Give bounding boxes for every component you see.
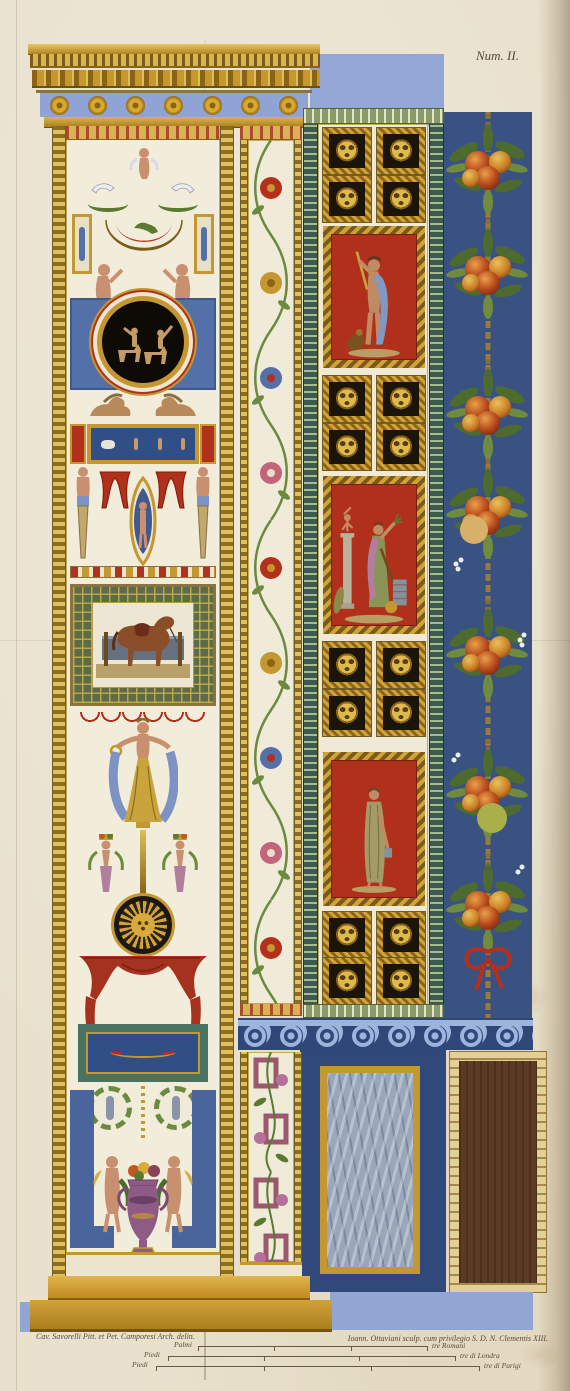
mask-tile — [323, 128, 371, 174]
tiny-figure-icon — [134, 438, 138, 450]
mask-tile — [377, 176, 425, 222]
fold-crease-left — [16, 0, 17, 1391]
tiny-figure-icon — [181, 438, 185, 450]
engraving-plate-loggia-pilaster: Num. II. — [0, 0, 570, 1391]
laurel-border-strip-left — [303, 108, 318, 1016]
mask-tile — [323, 690, 371, 736]
scroll-band-border-right — [294, 126, 302, 1016]
pilaster-border-right — [220, 126, 234, 1278]
pompeian-panel-priestess — [323, 476, 425, 634]
mask-tile — [377, 958, 425, 1004]
compartment-column-bottom-border — [303, 1004, 444, 1018]
scroll-band-bottom-strip — [240, 1004, 302, 1016]
tablet-scroll-end — [200, 424, 216, 464]
priestess-figure — [331, 484, 417, 626]
candelabrum — [140, 830, 146, 894]
rosette-icon — [50, 96, 69, 115]
dove-icon — [90, 180, 116, 196]
scale-label: Piedi — [144, 1350, 160, 1359]
scale-unit: tre Romani — [432, 1341, 465, 1350]
scale-unit: tre di Parigi — [484, 1361, 521, 1370]
cornice-top — [28, 44, 320, 54]
scroll-band-top-strip — [240, 126, 302, 140]
saddled-horse — [96, 606, 190, 684]
mask-tile — [377, 690, 425, 736]
rosette-icon — [164, 96, 183, 115]
mask-tile — [377, 912, 425, 958]
plate-number: Num. II. — [476, 48, 556, 64]
jupiter-figure — [331, 234, 417, 360]
mask-tile — [323, 642, 371, 688]
draped-figure — [331, 760, 417, 898]
vitruvian-wave-band — [238, 1018, 533, 1050]
trellis-band-border-left — [240, 1052, 248, 1262]
porphyry-panel-frame — [450, 1052, 546, 1292]
scale-bar-palmi — [198, 1346, 428, 1351]
porphyry-panel — [459, 1061, 537, 1283]
centaur-figures — [110, 312, 176, 374]
rosette-icon — [241, 96, 260, 115]
cornice-dentils — [30, 54, 320, 68]
blue-spandrel — [192, 1090, 216, 1248]
rosette-icon — [203, 96, 222, 115]
marble-panel — [320, 1066, 420, 1274]
scale-label: Palmi — [174, 1340, 192, 1349]
mask-tile — [377, 642, 425, 688]
rosette-icon — [126, 96, 145, 115]
rosette-icon — [279, 96, 298, 115]
harpy-figure — [162, 834, 198, 896]
sphinx-figure — [152, 388, 202, 422]
tiny-figure-icon — [158, 438, 162, 450]
mask-tile — [323, 176, 371, 222]
plinth-upper-step — [48, 1276, 310, 1300]
mask-tile — [377, 128, 425, 174]
floral-scroll-pattern — [248, 140, 294, 1004]
harpy-figure — [88, 834, 124, 896]
pilaster-top-garland — [66, 126, 220, 140]
morning-glory-pattern — [248, 1052, 294, 1262]
plinth-lower-step — [30, 1300, 332, 1332]
gold-chain — [141, 1086, 145, 1138]
crescent-shield-with-griffin — [100, 202, 188, 266]
tablet-swag-line — [110, 1046, 176, 1058]
mask-tile — [323, 376, 371, 422]
scale-unit: tre di Londra — [460, 1351, 500, 1360]
purple-urn-with-fruit — [116, 1160, 170, 1264]
mask-tile — [323, 912, 371, 958]
artist-caption: Cav. Savorelli Pitt. et Pet. Camporesi A… — [36, 1332, 195, 1341]
laurel-border-strip-right — [429, 108, 444, 1016]
cupid-figure — [128, 146, 160, 182]
mask-tile — [377, 424, 425, 470]
dove-icon — [170, 180, 196, 196]
cornice-corbels — [32, 70, 320, 88]
frieze-with-rosettes — [40, 93, 308, 117]
sphinx-figure — [84, 388, 134, 422]
meander-strip — [70, 566, 216, 578]
term-figure — [190, 466, 216, 562]
mask-tile — [377, 376, 425, 422]
frieze-tablet-figures — [87, 424, 199, 464]
dancing-figure — [108, 718, 178, 830]
fruit-garland — [444, 112, 532, 1018]
compartment-column-top-border — [303, 108, 444, 124]
wave-pattern — [238, 1018, 533, 1050]
mandorla-medallion — [117, 476, 169, 566]
pilaster-border-left — [52, 126, 66, 1278]
engraver-caption: Ioann. Ottaviani sculp. cum privilegio S… — [300, 1334, 548, 1343]
term-figure — [70, 466, 96, 562]
scale-bar-piedi-londra — [168, 1356, 456, 1361]
trellis-band-border-right — [294, 1052, 302, 1262]
wheel-face-mask — [131, 913, 155, 937]
pompeian-panel-jupiter — [323, 226, 425, 368]
pilaster-base-panel — [66, 1252, 220, 1278]
mask-tile — [323, 424, 371, 470]
rosette-icon — [88, 96, 107, 115]
tiny-horse-icon — [101, 440, 115, 449]
tablet-scroll-end — [70, 424, 86, 464]
laurel-wreath-medallion — [88, 1086, 132, 1130]
scale-bar-piedi-parigi — [156, 1366, 480, 1371]
floor-strip-right — [330, 1292, 533, 1330]
scroll-band-border-left — [240, 126, 248, 1016]
blue-spandrel — [70, 1090, 94, 1248]
mask-tile — [323, 958, 371, 1004]
pompeian-panel-draped-figure — [323, 752, 425, 906]
fruit-garland-band — [444, 112, 532, 1018]
foxing-spot — [520, 1340, 560, 1370]
scale-label: Piedi — [132, 1360, 148, 1369]
